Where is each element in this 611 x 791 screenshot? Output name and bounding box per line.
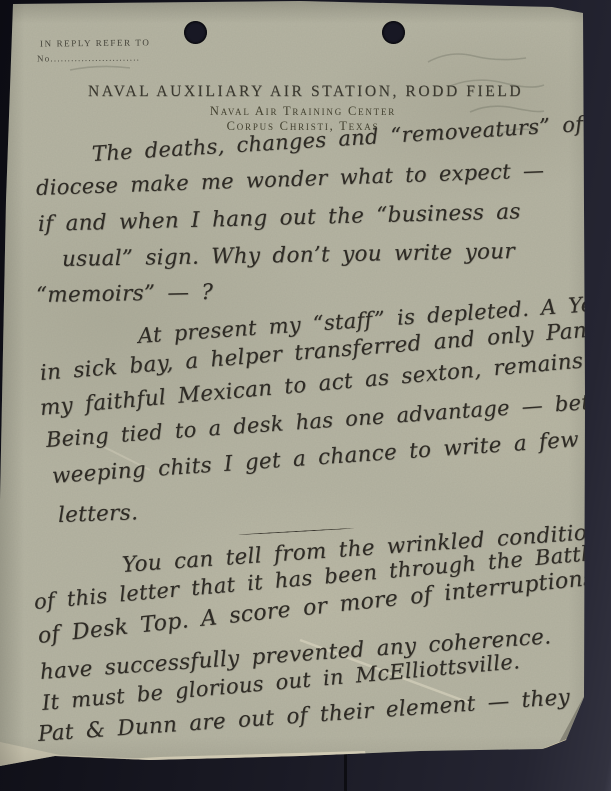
letter-page: IN REPLY REFER TO No....................… [0,0,611,775]
punch-hole-left [184,21,207,44]
station-name: NAVAL AUXILIARY AIR STATION, RODD FIELD [88,83,518,101]
refer-label: IN REPLY REFER TO [40,37,151,48]
station-subtitle: Naval Air Training Center [88,104,518,119]
refer-number-line: No.......................... [37,52,140,63]
handwriting-line: letters. [58,500,139,528]
punch-hole-right [382,21,405,44]
scanned-letter-photo: { "letterhead": { "refer_label": "IN REP… [0,0,611,791]
handwriting-line: “memoirs” — ? [36,280,214,308]
backdrop-seam [344,752,347,791]
